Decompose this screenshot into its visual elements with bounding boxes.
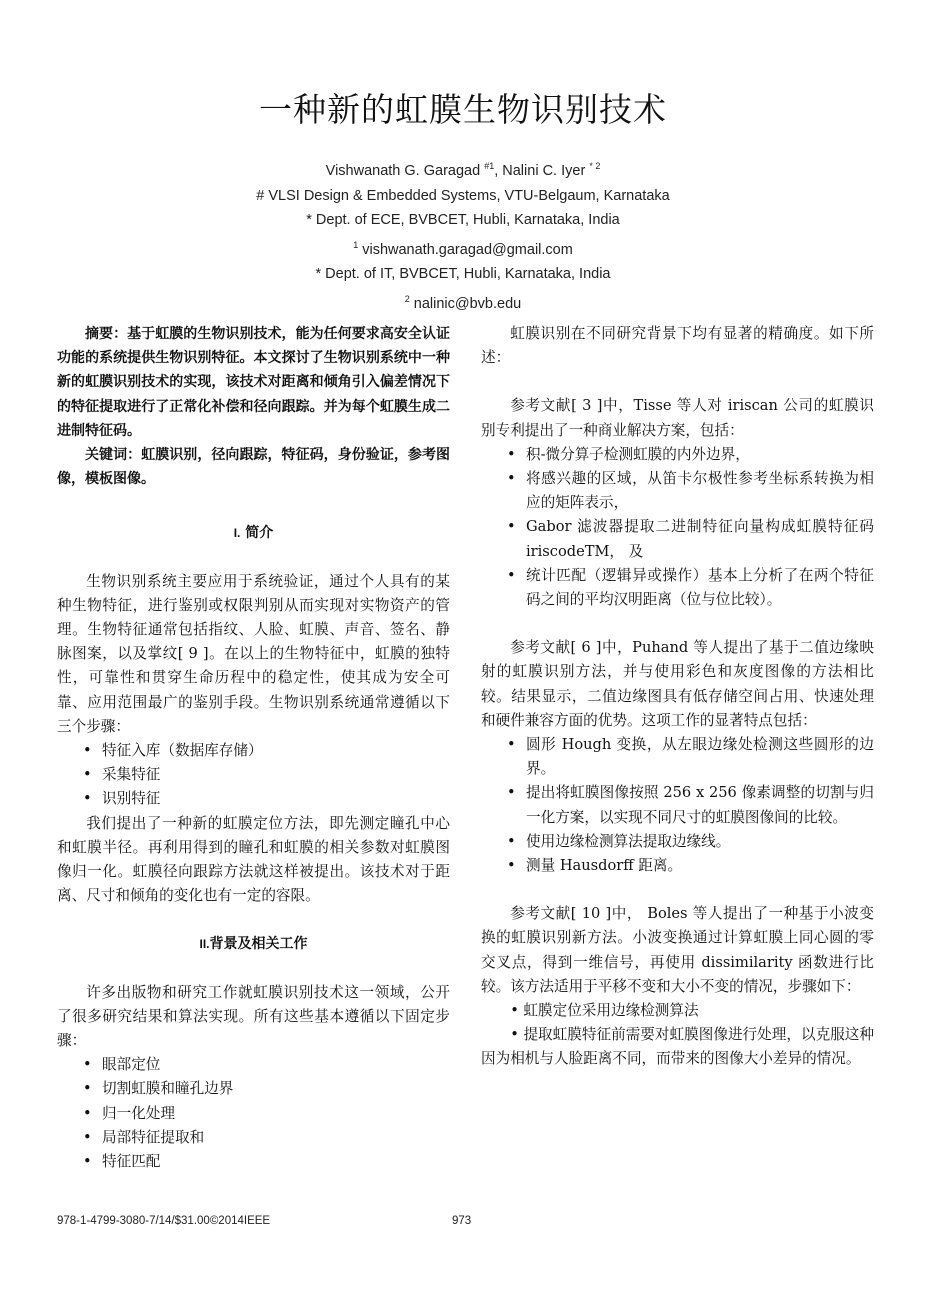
page-number: 973	[452, 1215, 471, 1227]
author-2-mark: * 2	[589, 161, 600, 171]
list-item: 眼部定位	[83, 1053, 450, 1077]
author-1: Vishwanath G. Garagad	[326, 163, 485, 179]
ref3-list: 积-微分算子检测虹膜的内外边界， 将感兴趣的区域，从笛卡尔极性参考坐标系转换为相…	[481, 443, 874, 612]
fixed-steps-list: 眼部定位 切割虹膜和瞳孔边界 归一化处理 局部特征提取和 特征匹配	[57, 1053, 450, 1174]
author-names: Vishwanath G. Garagad #1, Nalini C. Iyer…	[0, 154, 926, 184]
email-2-text: nalinic@bvb.edu	[410, 296, 521, 312]
ref10-step-1: • 虹膜定位采用边缘检测算法	[481, 999, 874, 1023]
list-item: 特征入库（数据库存储）	[83, 739, 450, 763]
list-item: 切割虹膜和瞳孔边界	[83, 1077, 450, 1101]
author-block: Vishwanath G. Garagad #1, Nalini C. Iyer…	[0, 154, 926, 316]
ref6-paragraph: 参考文献[ 6 ]中，Puhand 等人提出了基于二值边缘映射的虹膜识别方法，并…	[481, 636, 874, 733]
email-1: 1 vishwanath.garagad@gmail.com	[0, 233, 926, 263]
accuracy-paragraph: 虹膜识别在不同研究背景下均有显著的精确度。如下所述：	[481, 322, 874, 370]
section-2-number: II.	[199, 937, 209, 951]
ref6-list: 圆形 Hough 变换，从左眼边缘处检测这些圆形的边界。 提出将虹膜图像按照 2…	[481, 733, 874, 878]
list-item: 采集特征	[83, 763, 450, 787]
affiliation-2: * Dept. of ECE, BVBCET, Hubli, Karnataka…	[0, 208, 926, 233]
list-item: 积-微分算子检测虹膜的内外边界，	[507, 443, 874, 467]
copyright-notice: 978-1-4799-3080-7/14/$31.00©2014IEEE	[57, 1215, 270, 1227]
list-item: 归一化处理	[83, 1102, 450, 1126]
author-1-mark: #1	[484, 161, 494, 171]
intro-paragraph-2: 我们提出了一种新的虹膜定位方法，即先测定瞳孔中心和虹膜半径。再利用得到的瞳孔和虹…	[57, 812, 450, 909]
ref10-paragraph: 参考文献[ 10 ]中， Boles 等人提出了一种基于小波变换的虹膜识别新方法…	[481, 902, 874, 999]
list-item: 特征匹配	[83, 1150, 450, 1174]
spacer	[481, 370, 874, 394]
spacer	[481, 612, 874, 636]
section-2-heading: II.背景及相关工作	[57, 932, 450, 956]
ref10-step-2: • 提取虹膜特征前需要对虹膜图像进行处理，以克服这种因为相机与人脸距离不同，而带…	[481, 1023, 874, 1071]
keywords: 关键词：虹膜识别，径向跟踪，特征码，身份验证，参考图像，模板图像。	[57, 443, 450, 491]
list-item: Gabor 滤波器提取二进制特征向量构成虹膜特征码 iriscodeTM， 及	[507, 515, 874, 563]
list-item: 识别特征	[83, 787, 450, 811]
list-item: 圆形 Hough 变换，从左眼边缘处检测这些圆形的边界。	[507, 733, 874, 781]
email-1-text: vishwanath.garagad@gmail.com	[358, 242, 573, 258]
list-item: 提出将虹膜图像按照 256 x 256 像素调整的切割与归一化方案，以实现不同尺…	[507, 781, 874, 829]
affiliation-1: # VLSI Design & Embedded Systems, VTU-Be…	[0, 184, 926, 209]
list-item: 测量 Hausdorff 距离。	[507, 854, 874, 878]
list-item: 将感兴趣的区域，从笛卡尔极性参考坐标系转换为相应的矩阵表示，	[507, 467, 874, 515]
author-2: , Nalini C. Iyer	[494, 163, 589, 179]
email-2: 2 nalinic@bvb.edu	[0, 287, 926, 317]
right-column: 虹膜识别在不同研究背景下均有显著的精确度。如下所述： 参考文献[ 3 ]中，Ti…	[481, 322, 874, 1072]
section-1-heading: I. 简介	[57, 521, 450, 545]
spacer	[481, 878, 874, 902]
list-item: 局部特征提取和	[83, 1126, 450, 1150]
list-item: 统计匹配（逻辑异或操作）基本上分析了在两个特征码之间的平均汉明距离（位与位比较）…	[507, 564, 874, 612]
section-2-title: 背景及相关工作	[210, 936, 308, 952]
abstract: 摘要：基于虹膜的生物识别技术，能为任何要求高安全认证功能的系统提供生物识别特征。…	[57, 322, 450, 443]
steps-list: 特征入库（数据库存储） 采集特征 识别特征	[57, 739, 450, 812]
left-column: 摘要：基于虹膜的生物识别技术，能为任何要求高安全认证功能的系统提供生物识别特征。…	[57, 322, 450, 1174]
background-paragraph: 许多出版物和研究工作就虹膜识别技术这一领域，公开了很多研究结果和算法实现。所有这…	[57, 981, 450, 1054]
paper-title: 一种新的虹膜生物识别技术	[0, 84, 926, 131]
ref3-paragraph: 参考文献[ 3 ]中，Tisse 等人对 iriscan 公司的虹膜识别专利提出…	[481, 394, 874, 442]
affiliation-3: * Dept. of IT, BVBCET, Hubli, Karnataka,…	[0, 262, 926, 287]
section-1-title: 简介	[240, 525, 273, 541]
list-item: 使用边缘检测算法提取边缘线。	[507, 830, 874, 854]
intro-paragraph-1: 生物识别系统主要应用于系统验证，通过个人具有的某种生物特征，进行鉴别或权限判别从…	[57, 570, 450, 739]
